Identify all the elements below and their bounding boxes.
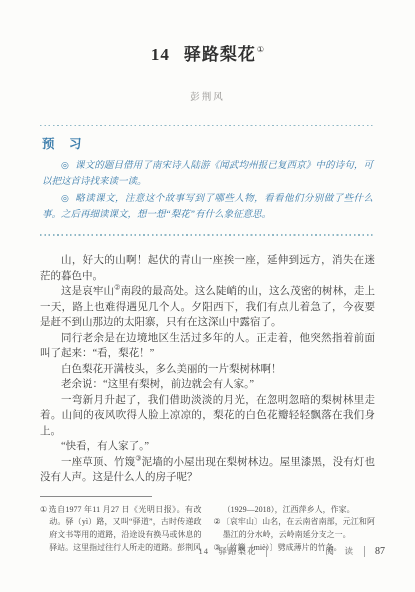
footer-lesson-label: 14 驿路梨花 — [198, 545, 256, 557]
paragraph-text: 一弯新月升起了，我们借助淡淡的月光，在忽明忽暗的梨树林里走着。山间的夜风吹得人脸… — [40, 395, 375, 437]
preview-list: ◎课文的题目借用了南宋诗人陆游《闻武均州报已复西京》中的诗句，可以把这首诗找来读… — [42, 158, 373, 223]
paragraph-text: 一座草顶、竹篾 — [61, 457, 135, 468]
preview-item: ◎课文的题目借用了南宋诗人陆游《闻武均州报已复西京》中的诗句，可以把这首诗找来读… — [42, 158, 373, 190]
footnote-text: （1929—2018），江西萍乡人，作家。 — [223, 505, 355, 514]
paragraph-text: “快看，有人家了。” — [61, 441, 149, 452]
footnote-divider — [40, 496, 152, 497]
title-footnote-ref: ① — [257, 45, 265, 54]
footnote-item: （1929—2018），江西萍乡人，作家。 — [214, 504, 376, 517]
preview-section: 预 习 ◎课文的题目借用了南宋诗人陆游《闻武均州报已复西京》中的诗句，可以把这首… — [40, 125, 375, 237]
paragraph: 老余说：“这里有梨树，前边就会有人家。” — [40, 377, 375, 393]
paragraph-text: 老余说：“这里有梨树，前边就会有人家。” — [61, 379, 254, 390]
textbook-page: 14驿路梨花① 彭荆风 预 习 ◎课文的题目借用了南宋诗人陆游《闻武均州报已复西… — [0, 0, 415, 592]
paragraph: 一弯新月升起了，我们借助淡淡的月光，在忽明忽暗的梨树林里走着。山间的夜风吹得人脸… — [40, 393, 375, 440]
footnote-marker: ② — [214, 517, 221, 526]
preview-item-text: 课文的题目借用了南宋诗人陆游《闻武均州报已复西京》中的诗句，可以把这首诗找来读一… — [42, 161, 373, 187]
circle-bullet-icon: ◎ — [61, 193, 69, 203]
page-footer: 14 驿路梨花 阅 读 87 — [40, 545, 385, 557]
circle-bullet-icon: ◎ — [61, 160, 69, 170]
preview-item-text: 略读课文，注意这个故事写到了哪些人物，看看他们分别做了些什么事。之后再细读课文，… — [42, 194, 373, 220]
footnote-item: ②〔哀牢山〕山名，在云南省南部，元江和阿墨江的分水岭，云岭南延分支之一。 — [214, 516, 376, 541]
paragraph-text: 这是哀牢山 — [61, 286, 114, 297]
paragraph: 白色梨花开满枝头，多么美丽的一片梨树林啊！ — [40, 362, 375, 378]
lesson-title: 驿路梨花 — [184, 45, 256, 64]
footnote-marker: ① — [40, 505, 48, 514]
paragraph: 同行老余是在边境地区生活过多年的人。正走着，他突然指着前面叫了起来：“看，梨花！… — [40, 331, 375, 362]
paragraph: 一座草顶、竹篾③泥墙的小屋出现在梨树林边。屋里漆黑，没有灯也没有人声。这是什么人… — [40, 455, 375, 486]
footnote-text: 〔哀牢山〕山名，在云南省南部，元江和阿墨江的分水岭，云岭南延分支之一。 — [222, 517, 375, 539]
paragraph: 山，好大的山啊！起伏的青山一座挨一座，延伸到远方，消失在迷茫的暮色中。 — [40, 253, 375, 284]
dotted-divider-bottom — [40, 234, 375, 236]
paragraph: “快看，有人家了。” — [40, 439, 375, 455]
footer-divider-bar — [266, 546, 267, 557]
paragraph-text: 白色梨花开满枝头，多么美丽的一片梨树林啊！ — [61, 364, 282, 375]
preview-item: ◎略读课文，注意这个故事写到了哪些人物，看看他们分别做了些什么事。之后再细读课文… — [42, 191, 373, 223]
page-title: 14驿路梨花① — [40, 46, 375, 65]
paragraph-text: 山，好大的山啊！起伏的青山一座挨一座，延伸到远方，消失在迷茫的暮色中。 — [40, 255, 375, 282]
lesson-number: 14 — [151, 45, 170, 64]
paragraph: 这是哀牢山②南段的最高处。这么陡峭的山，这么茂密的树林，走上一天，路上也难得遇见… — [40, 284, 375, 331]
footer-section-label: 阅 读 — [325, 545, 354, 557]
paragraph-text: 同行老余是在边境地区生活过多年的人。正走着，他突然指着前面叫了起来：“看，梨花！… — [40, 333, 375, 360]
preview-heading: 预 习 — [42, 137, 373, 152]
author-name: 彭荆风 — [40, 89, 375, 103]
page-number: 87 — [375, 546, 385, 557]
body-paragraphs: 山，好大的山啊！起伏的青山一座挨一座，延伸到远方，消失在迷茫的暮色中。这是哀牢山… — [40, 253, 375, 486]
footer-divider-bar — [364, 546, 365, 557]
